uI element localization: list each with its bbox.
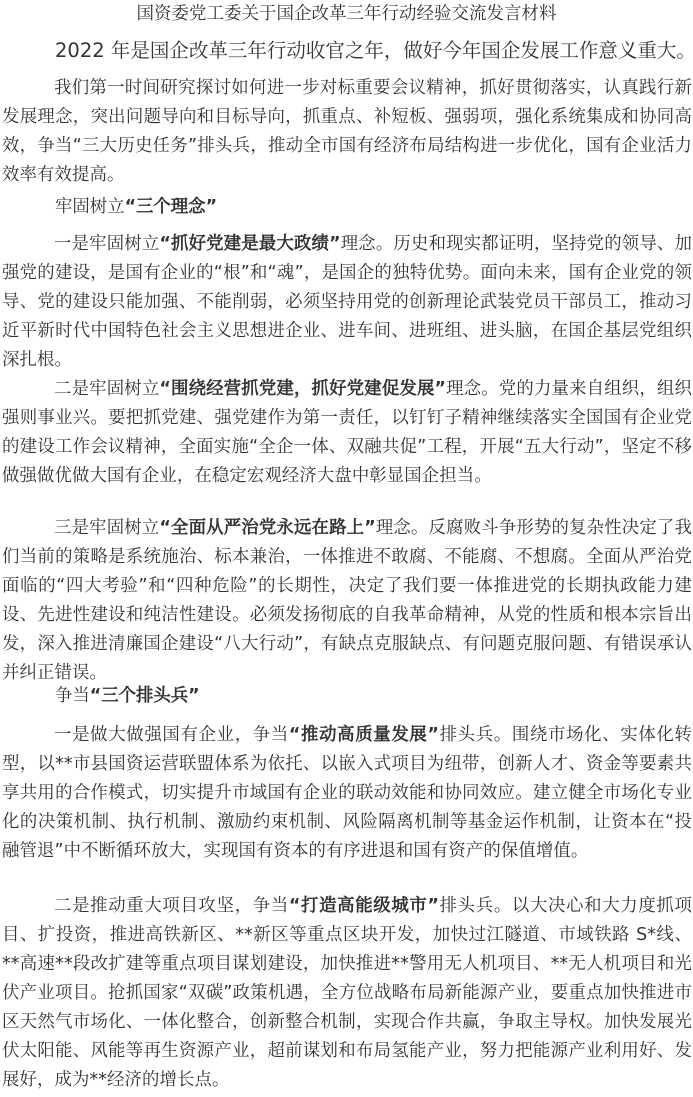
document-title: 国资委党工委关于国企改革三年行动经验交流发言材料 (0, 3, 693, 25)
lead-sentence: 2022 年是国企改革三年行动收官之年，做好今年国企发展工作意义重大。 (55, 38, 693, 64)
section-heading-three-concepts: 牢固树立“三个理念” (55, 193, 217, 222)
paragraph-body: 排头兵。以大决心和大力度抓项目、扩投资，推进高铁新区、**新区等重点区块开发，加… (2, 896, 692, 1090)
paragraph-body: 理念。历史和现实都证明，坚持党的领导、加强党的建设，是国有企业的“根”和“魂”，… (2, 234, 692, 370)
paragraph-prefix: 一是牢固树立 (54, 234, 159, 254)
paragraph-emphasis: “抓好党建是最大政绩” (159, 234, 340, 254)
heading-quote: “三个理念” (125, 197, 217, 217)
paragraph-emphasis: “全面从严治党永远在路上” (159, 518, 375, 538)
heading-text: 牢固树立 (55, 197, 125, 217)
concept-paragraph-2: 二是牢固树立“围绕经营抓党建，抓好党建促发展”理念。党的力量来自组织，组织强则事… (2, 375, 692, 491)
paragraph-body: 理念。反腐败斗争形势的复杂性决定了我们当前的策略是系统施治、标本兼治，一体推进不… (2, 518, 692, 683)
intro-paragraph: 我们第一时间研究探讨如何进一步对标重要会议精神，抓好贯彻落实，认真践行新发展理念… (2, 74, 692, 190)
heading-text: 争当 (55, 686, 90, 706)
paragraph-prefix: 一是做大做强国有企业，争当 (54, 725, 289, 745)
paragraph-body: 排头兵。围绕市场化、实体化转型，以**市县国资运营联盟体系为依托、以嵌入式项目为… (2, 725, 692, 861)
paragraph-emphasis: “围绕经营抓党建，抓好党建促发展” (159, 379, 446, 399)
paragraph-prefix: 三是牢固树立 (54, 518, 159, 538)
paragraph-emphasis: “推动高质量发展” (289, 725, 439, 745)
pioneer-paragraph-2: 二是推动重大项目攻坚，争当“打造高能级城市”排头兵。以大决心和大力度抓项目、扩投… (2, 892, 692, 1095)
heading-quote: “三个排头兵” (90, 686, 200, 706)
concept-paragraph-3: 三是牢固树立“全面从严治党永远在路上”理念。反腐败斗争形势的复杂性决定了我们当前… (2, 514, 692, 688)
pioneer-paragraph-1: 一是做大做强国有企业，争当“推动高质量发展”排头兵。围绕市场化、实体化转型，以*… (2, 721, 692, 866)
paragraph-emphasis: “打造高能级城市” (289, 896, 439, 916)
paragraph-prefix: 二是牢固树立 (54, 379, 159, 399)
paragraph-prefix: 二是推动重大项目攻坚，争当 (54, 896, 289, 916)
concept-paragraph-1: 一是牢固树立“抓好党建是最大政绩”理念。历史和现实都证明，坚持党的领导、加强党的… (2, 230, 692, 375)
section-heading-three-pioneers: 争当“三个排头兵” (55, 682, 200, 711)
